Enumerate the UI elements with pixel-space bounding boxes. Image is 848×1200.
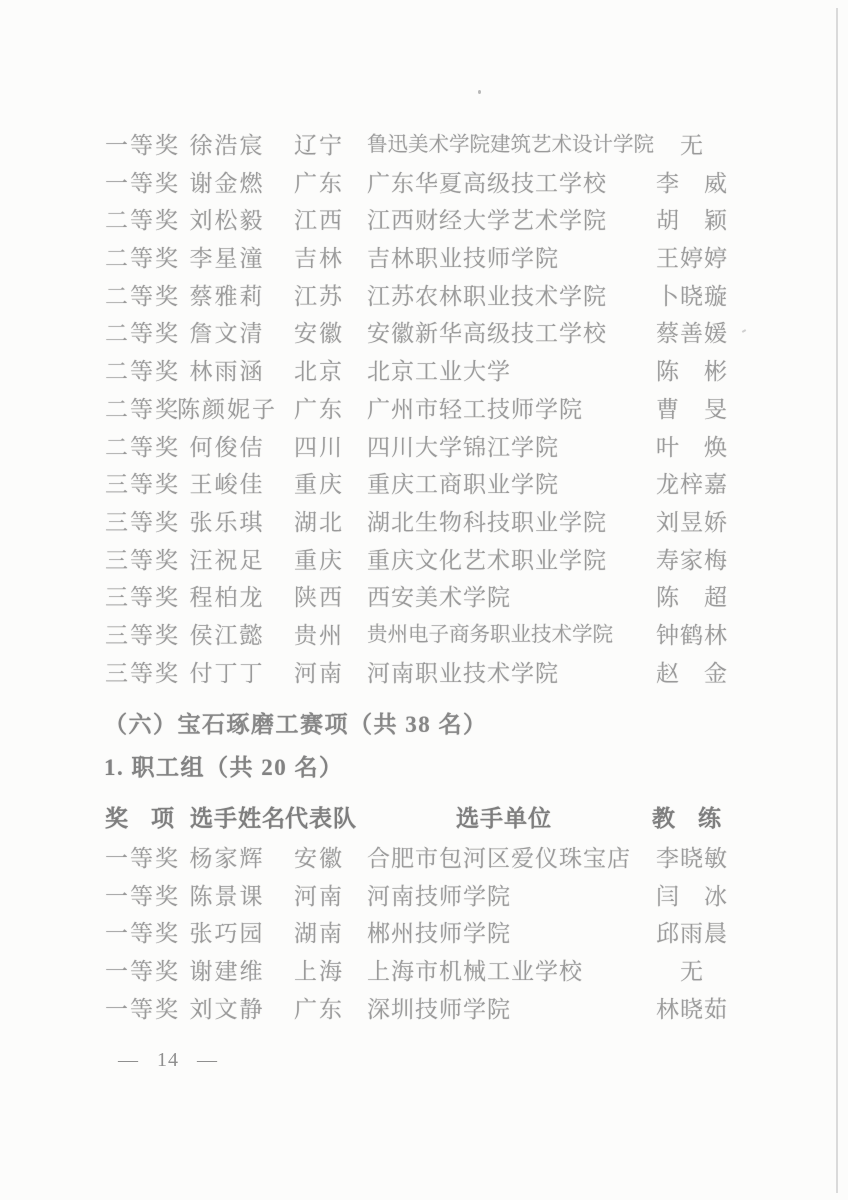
- contestant-name-cell: 王峻佳: [170, 466, 284, 504]
- award-cell: 一等奖: [105, 915, 180, 953]
- unit-cell: 广州市轻工技师学院: [367, 391, 583, 429]
- table-row: 一等奖 谢建维 上海 上海市机械工业学校 无: [0, 953, 848, 991]
- table-row: 一等奖 徐浩宸 辽宁 鲁迅美术学院建筑艺术设计学院 无: [0, 127, 848, 165]
- table-row: 二等奖 林雨涵 北京 北京工业大学 陈 彬: [0, 353, 848, 391]
- table-row: 二等奖 蔡雅莉 江苏 江苏农林职业技术学院 卜晓璇: [0, 278, 848, 316]
- unit-cell: 上海市机械工业学校: [367, 953, 583, 991]
- coach-cell: 无: [646, 127, 738, 165]
- table-row: 三等奖 汪祝足 重庆 重庆文化艺术职业学院 寿家梅: [0, 542, 848, 580]
- contestant-name-cell: 李星潼: [170, 240, 284, 278]
- contestant-name-cell: 刘松毅: [170, 202, 284, 240]
- contestant-name-cell: 汪祝足: [170, 542, 284, 580]
- header-coach: 教 练: [652, 800, 721, 838]
- scan-dot-artifact: [478, 90, 481, 94]
- coach-cell: 卜晓璇: [646, 278, 738, 316]
- team-cell: 河南: [282, 878, 356, 916]
- results-table-header: 奖 项 选手姓名 代表队 选手单位 教 练: [0, 800, 848, 838]
- team-cell: 江苏: [282, 278, 356, 316]
- table-row: 二等奖 詹文清 安徽 安徽新华高级技工学校 蔡善媛: [0, 315, 848, 353]
- coach-cell: 陈 彬: [646, 353, 738, 391]
- team-cell: 广东: [282, 991, 356, 1029]
- team-cell: 贵州: [282, 617, 356, 655]
- team-cell: 四川: [282, 429, 356, 467]
- contestant-name-cell: 蔡雅莉: [170, 278, 284, 316]
- unit-cell: 安徽新华高级技工学校: [367, 315, 607, 353]
- award-cell: 三等奖: [105, 542, 180, 580]
- contestant-name-cell: 侯江懿: [170, 617, 284, 655]
- team-cell: 湖北: [282, 504, 356, 542]
- team-cell: 安徽: [282, 840, 356, 878]
- worker-group-results-table: 一等奖 杨家辉 安徽 合肥市包河区爱仪珠宝店 李晓敏 一等奖 陈景课 河南 河南…: [0, 840, 848, 1028]
- subsection-heading-worker-group: 1. 职工组（共 20 名）: [104, 749, 344, 782]
- unit-cell: 郴州技师学院: [367, 915, 511, 953]
- table-row: 一等奖 刘文静 广东 深圳技师学院 林晓茹: [0, 991, 848, 1029]
- contestant-name-cell: 何俊佶: [170, 429, 284, 467]
- contestant-name-cell: 张巧园: [170, 915, 284, 953]
- coach-cell: 闫 冰: [646, 878, 738, 916]
- contestant-name-cell: 付丁丁: [170, 655, 284, 693]
- coach-cell: 龙梓嘉: [646, 466, 738, 504]
- table-row: 一等奖 杨家辉 安徽 合肥市包河区爱仪珠宝店 李晓敏: [0, 840, 848, 878]
- award-cell: 一等奖: [105, 991, 180, 1029]
- coach-cell: 无: [646, 953, 738, 991]
- unit-cell: 重庆工商职业学院: [367, 466, 559, 504]
- award-cell: 三等奖: [105, 617, 180, 655]
- award-cell: 二等奖: [105, 391, 180, 429]
- coach-cell: 李 威: [646, 165, 738, 203]
- team-cell: 广东: [282, 165, 356, 203]
- section-heading-gem-cutting: （六）宝石琢磨工赛项（共 38 名）: [104, 706, 488, 739]
- contestant-name-cell: 张乐琪: [170, 504, 284, 542]
- award-cell: 一等奖: [105, 878, 180, 916]
- coach-cell: 叶 焕: [646, 429, 738, 467]
- unit-cell: 重庆文化艺术职业学院: [367, 542, 607, 580]
- unit-cell: 四川大学锦江学院: [367, 429, 559, 467]
- team-cell: 湖南: [282, 915, 356, 953]
- unit-cell: 贵州电子商务职业技术学院: [367, 617, 613, 655]
- unit-cell: 西安美术学院: [367, 579, 511, 617]
- team-cell: 重庆: [282, 466, 356, 504]
- award-cell: 三等奖: [105, 466, 180, 504]
- award-cell: 三等奖: [105, 504, 180, 542]
- table-row: 三等奖 王峻佳 重庆 重庆工商职业学院 龙梓嘉: [0, 466, 848, 504]
- document-page: 一等奖 徐浩宸 辽宁 鲁迅美术学院建筑艺术设计学院 无 一等奖 谢金燃 广东 广…: [0, 0, 848, 1200]
- award-cell: 二等奖: [105, 278, 180, 316]
- unit-cell: 北京工业大学: [367, 353, 511, 391]
- award-cell: 三等奖: [105, 655, 180, 693]
- unit-cell: 鲁迅美术学院建筑艺术设计学院: [367, 127, 654, 165]
- header-unit: 选手单位: [456, 800, 552, 838]
- coach-cell: 王婷婷: [646, 240, 738, 278]
- table-row: 三等奖 付丁丁 河南 河南职业技术学院 赵 金: [0, 655, 848, 693]
- coach-cell: 曹 旻: [646, 391, 738, 429]
- contestant-name-cell: 陈颜妮子: [170, 391, 284, 429]
- team-cell: 北京: [282, 353, 356, 391]
- coach-cell: 赵 金: [646, 655, 738, 693]
- unit-cell: 广东华夏高级技工学校: [367, 165, 607, 203]
- unit-cell: 湖北生物科技职业学院: [367, 504, 607, 542]
- team-cell: 河南: [282, 655, 356, 693]
- table-row: 一等奖 张巧园 湖南 郴州技师学院 邱雨晨: [0, 915, 848, 953]
- page-number: — 14 —: [118, 1049, 218, 1072]
- unit-cell: 江西财经大学艺术学院: [367, 202, 607, 240]
- table-row: 三等奖 侯江懿 贵州 贵州电子商务职业技术学院 钟鹤林: [0, 617, 848, 655]
- award-cell: 一等奖: [105, 165, 180, 203]
- unit-cell: 河南职业技术学院: [367, 655, 559, 693]
- unit-cell: 深圳技师学院: [367, 991, 511, 1029]
- coach-cell: 蔡善媛: [646, 315, 738, 353]
- unit-cell: 合肥市包河区爱仪珠宝店: [367, 840, 631, 878]
- coach-cell: 林晓茹: [646, 991, 738, 1029]
- header-team: 代表队: [285, 800, 357, 838]
- award-cell: 三等奖: [105, 579, 180, 617]
- contestant-name-cell: 谢建维: [170, 953, 284, 991]
- unit-cell: 河南技师学院: [367, 878, 511, 916]
- team-cell: 江西: [282, 202, 356, 240]
- coach-cell: 寿家梅: [646, 542, 738, 580]
- contestant-name-cell: 程柏龙: [170, 579, 284, 617]
- team-cell: 广东: [282, 391, 356, 429]
- coach-cell: 陈 超: [646, 579, 738, 617]
- student-group-results-table: 一等奖 徐浩宸 辽宁 鲁迅美术学院建筑艺术设计学院 无 一等奖 谢金燃 广东 广…: [0, 127, 848, 692]
- contestant-name-cell: 林雨涵: [170, 353, 284, 391]
- team-cell: 重庆: [282, 542, 356, 580]
- team-cell: 辽宁: [282, 127, 356, 165]
- award-cell: 一等奖: [105, 953, 180, 991]
- table-row: 二等奖 李星潼 吉林 吉林职业技师学院 王婷婷: [0, 240, 848, 278]
- header-contestant: 选手姓名: [190, 800, 286, 838]
- award-cell: 二等奖: [105, 353, 180, 391]
- table-row: 二等奖 刘松毅 江西 江西财经大学艺术学院 胡 颖: [0, 202, 848, 240]
- table-row: 三等奖 程柏龙 陕西 西安美术学院 陈 超: [0, 579, 848, 617]
- coach-cell: 钟鹤林: [646, 617, 738, 655]
- contestant-name-cell: 徐浩宸: [170, 127, 284, 165]
- team-cell: 吉林: [282, 240, 356, 278]
- header-award: 奖 项: [105, 800, 174, 838]
- coach-cell: 李晓敏: [646, 840, 738, 878]
- contestant-name-cell: 刘文静: [170, 991, 284, 1029]
- award-cell: 二等奖: [105, 429, 180, 467]
- team-cell: 安徽: [282, 315, 356, 353]
- unit-cell: 吉林职业技师学院: [367, 240, 559, 278]
- coach-cell: 邱雨晨: [646, 915, 738, 953]
- contestant-name-cell: 杨家辉: [170, 840, 284, 878]
- contestant-name-cell: 陈景课: [170, 878, 284, 916]
- unit-cell: 江苏农林职业技术学院: [367, 278, 607, 316]
- award-cell: 一等奖: [105, 840, 180, 878]
- table-row: 一等奖 陈景课 河南 河南技师学院 闫 冰: [0, 878, 848, 916]
- table-row: 二等奖 何俊佶 四川 四川大学锦江学院 叶 焕: [0, 429, 848, 467]
- table-row: 一等奖 谢金燃 广东 广东华夏高级技工学校 李 威: [0, 165, 848, 203]
- coach-cell: 胡 颖: [646, 202, 738, 240]
- award-cell: 二等奖: [105, 202, 180, 240]
- table-row: 二等奖 陈颜妮子 广东 广州市轻工技师学院 曹 旻: [0, 391, 848, 429]
- award-cell: 一等奖: [105, 127, 180, 165]
- team-cell: 上海: [282, 953, 356, 991]
- award-cell: 二等奖: [105, 240, 180, 278]
- contestant-name-cell: 詹文清: [170, 315, 284, 353]
- award-cell: 二等奖: [105, 315, 180, 353]
- table-row: 三等奖 张乐琪 湖北 湖北生物科技职业学院 刘昱娇: [0, 504, 848, 542]
- contestant-name-cell: 谢金燃: [170, 165, 284, 203]
- coach-cell: 刘昱娇: [646, 504, 738, 542]
- team-cell: 陕西: [282, 579, 356, 617]
